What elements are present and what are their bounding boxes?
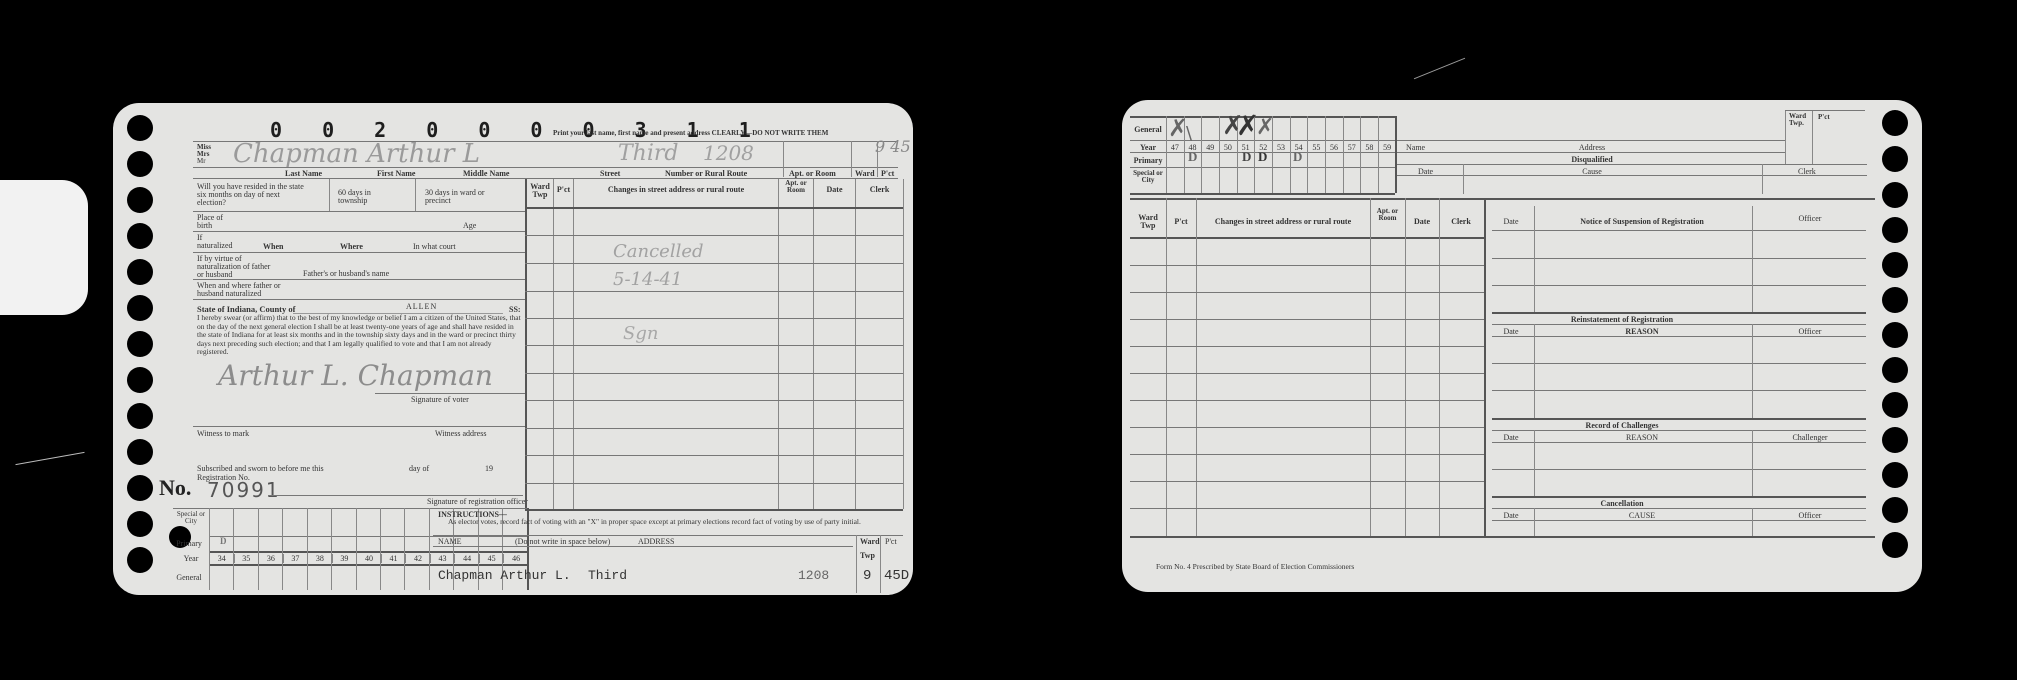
- handwritten-name: Chapman Arthur L: [233, 139, 480, 169]
- year-cell: 38: [308, 554, 333, 563]
- year-cell: 46: [504, 554, 528, 563]
- label-pct: P'ct: [881, 169, 894, 178]
- typed-name: Chapman Arthur L.: [438, 568, 571, 583]
- year-cell: 56: [1325, 143, 1343, 152]
- primary-mark-34: D: [220, 537, 227, 546]
- primary-mark-51: D: [1242, 152, 1251, 161]
- year-cell: 45: [480, 554, 505, 563]
- suspension-officer: Officer: [1754, 214, 1866, 223]
- typed-street: Third: [588, 568, 627, 583]
- label-apt-room: Apt. or Room: [789, 169, 836, 178]
- instructions-text: As elector votes, record fact of voting …: [448, 518, 888, 527]
- year-cell: 42: [406, 554, 431, 563]
- label-ward-bottom: Ward: [860, 537, 880, 546]
- challenges-date: Date: [1492, 433, 1530, 442]
- year-cell: 50: [1219, 143, 1237, 152]
- label-father-name: Father's or husband's name: [303, 269, 389, 278]
- typed-number: 1208: [798, 568, 829, 583]
- cancellation-title: Cancellation: [1492, 499, 1752, 508]
- year-cell: 59: [1378, 143, 1396, 152]
- label-where: Where: [340, 242, 363, 251]
- voter-signature: Arthur L. Chapman: [218, 359, 493, 392]
- label-officer-signature: Signature of registration officer: [427, 497, 528, 506]
- label-subscribed: Subscribed and sworn to before me this: [197, 464, 324, 473]
- label-virtue-naturalization: If by virtue of naturalization of father…: [197, 255, 277, 279]
- primary-mark-54: D: [1293, 152, 1302, 161]
- number-prefix: No.: [159, 475, 191, 501]
- header-instruction: Print your last name, first name and pre…: [553, 129, 828, 138]
- label-60-days: 60 days in township: [338, 189, 388, 205]
- back-registration-card: General Year 47 48 49 50 51 52 53 54 55 …: [1122, 100, 1922, 592]
- col-date: Date: [814, 185, 855, 194]
- handwritten-number: 1208: [703, 141, 754, 165]
- suspension-date: Date: [1492, 217, 1530, 226]
- general-x-mark-52: ✗: [1256, 116, 1274, 140]
- label-ward-twp: Ward Twp.: [1789, 113, 1811, 127]
- label-street: Street: [600, 169, 620, 178]
- year-cell: 36: [259, 554, 284, 563]
- label-ward: Ward: [855, 169, 875, 178]
- row-general: General: [1130, 125, 1166, 134]
- label-year-19: 19: [485, 464, 493, 473]
- primary-mark-48: D: [1188, 152, 1197, 161]
- challenges-reason: REASON: [1532, 433, 1752, 442]
- label-first-name: First Name: [377, 169, 415, 178]
- label-if-naturalized: If naturalized: [197, 234, 237, 250]
- challenges-title: Record of Challenges: [1492, 421, 1752, 430]
- front-registration-card: 0 0 2 0 0 0 0 3 1 1 Print your last name…: [113, 103, 913, 595]
- col-apt-room: Apt. or Room: [1370, 208, 1405, 222]
- oath-text: I hereby swear (or affirm) that to the b…: [197, 314, 523, 357]
- challenges-challenger: Challenger: [1754, 433, 1866, 442]
- year-cell: 49: [1201, 143, 1219, 152]
- year-cell: 53: [1272, 143, 1290, 152]
- reinstatement-title: Reinstatement of Registration: [1492, 315, 1752, 324]
- primary-mark-52: D: [1258, 152, 1267, 161]
- col-changes: Changes in street address or rural route: [575, 185, 777, 194]
- col-pct: P'ct: [554, 185, 573, 194]
- year-cell: 37: [284, 554, 309, 563]
- general-x-mark-48: \: [1186, 122, 1192, 146]
- label-twp-bottom: Twp: [860, 551, 875, 560]
- row-year: Year: [173, 554, 209, 563]
- year-cell: 41: [382, 554, 407, 563]
- year-cell: 57: [1343, 143, 1361, 152]
- reinstatement-reason: REASON: [1532, 327, 1752, 336]
- col-changes: Changes in street address or rural route: [1196, 217, 1370, 226]
- col-pct: P'ct: [1166, 217, 1196, 226]
- label-witness-to-mark: Witness to mark: [197, 429, 249, 438]
- row-primary: Primary: [169, 539, 209, 548]
- label-place-of-birth: Place of birth: [197, 214, 227, 230]
- row-special-city: Special or City: [1130, 170, 1166, 184]
- year-cell: 40: [357, 554, 382, 563]
- row-special-city: Special or City: [173, 511, 209, 525]
- reinstatement-date: Date: [1492, 327, 1530, 336]
- residency-question: Will you have resided in the state six m…: [197, 183, 309, 207]
- year-cell: 55: [1308, 143, 1326, 152]
- county-name: ALLEN: [406, 302, 437, 311]
- year-cell: 43: [431, 554, 456, 563]
- suspension-title: Notice of Suspension of Registration: [1532, 217, 1752, 226]
- form-footer: Form No. 4 Prescribed by State Board of …: [1156, 562, 1354, 571]
- label-pct-bottom: P'ct: [885, 537, 897, 546]
- cancellation-officer: Officer: [1754, 511, 1866, 520]
- label-30-days: 30 days in ward or precinct: [425, 189, 495, 205]
- label-do-not-write: (Do not write in space below): [515, 537, 610, 546]
- handwritten-cancelled: Cancelled: [613, 241, 704, 262]
- col-clerk: Clerk: [856, 185, 903, 194]
- salutation-mr: Mr: [197, 158, 206, 165]
- typed-ward: 9: [863, 568, 871, 584]
- disqualified-title: Disqualified: [1522, 155, 1662, 164]
- year-cell: 39: [333, 554, 358, 563]
- label-age: Age: [463, 221, 476, 230]
- col-apt-room: Apt. or Room: [779, 180, 813, 194]
- label-when-where-father: When and where father or husband natural…: [197, 282, 287, 298]
- handwritten-initials: Sgn: [623, 323, 658, 344]
- scanner-light-artifact: [0, 180, 88, 315]
- label-number-route: Number or Rural Route: [665, 169, 747, 178]
- year-cell: 34: [210, 554, 235, 563]
- reinstatement-officer: Officer: [1754, 327, 1866, 336]
- label-witness-address: Witness address: [435, 429, 486, 438]
- row-year: Year: [1130, 143, 1166, 152]
- label-last-name: Last Name: [285, 169, 322, 178]
- col-ward-twp: Ward Twp: [1130, 214, 1166, 230]
- label-name: NAME: [438, 537, 462, 546]
- label-when: When: [263, 242, 283, 251]
- label-name: Name: [1406, 143, 1425, 152]
- col-clerk: Clerk: [1439, 217, 1483, 226]
- handwritten-date: 5-14-41: [613, 269, 682, 290]
- handwritten-street: Third: [618, 141, 678, 166]
- label-pct: P'ct: [1818, 113, 1830, 122]
- col-date: Date: [1405, 217, 1439, 226]
- label-middle-name: Middle Name: [463, 169, 509, 178]
- typed-pct: 45D: [884, 568, 909, 584]
- cancellation-cause: CAUSE: [1532, 511, 1752, 520]
- registration-number: 70991: [207, 478, 281, 502]
- scratch-artifact: [1414, 58, 1465, 80]
- label-address: Address: [1522, 143, 1662, 152]
- row-primary: Primary: [1130, 156, 1166, 165]
- label-in-what-court: In what court: [413, 242, 456, 251]
- scratch-artifact: [15, 452, 84, 465]
- label-address: ADDRESS: [638, 537, 674, 546]
- cancellation-date: Date: [1492, 511, 1530, 520]
- year-cell: 47: [1166, 143, 1184, 152]
- year-cell: 35: [235, 554, 260, 563]
- year-cell: 58: [1361, 143, 1379, 152]
- label-signature-of-voter: Signature of voter: [411, 395, 469, 404]
- year-cell: 44: [455, 554, 480, 563]
- handwritten-ward-pct: 9 45: [875, 137, 911, 156]
- row-general: General: [169, 573, 209, 582]
- label-day-of: day of: [409, 464, 429, 473]
- col-ward-twp: Ward Twp: [527, 183, 553, 199]
